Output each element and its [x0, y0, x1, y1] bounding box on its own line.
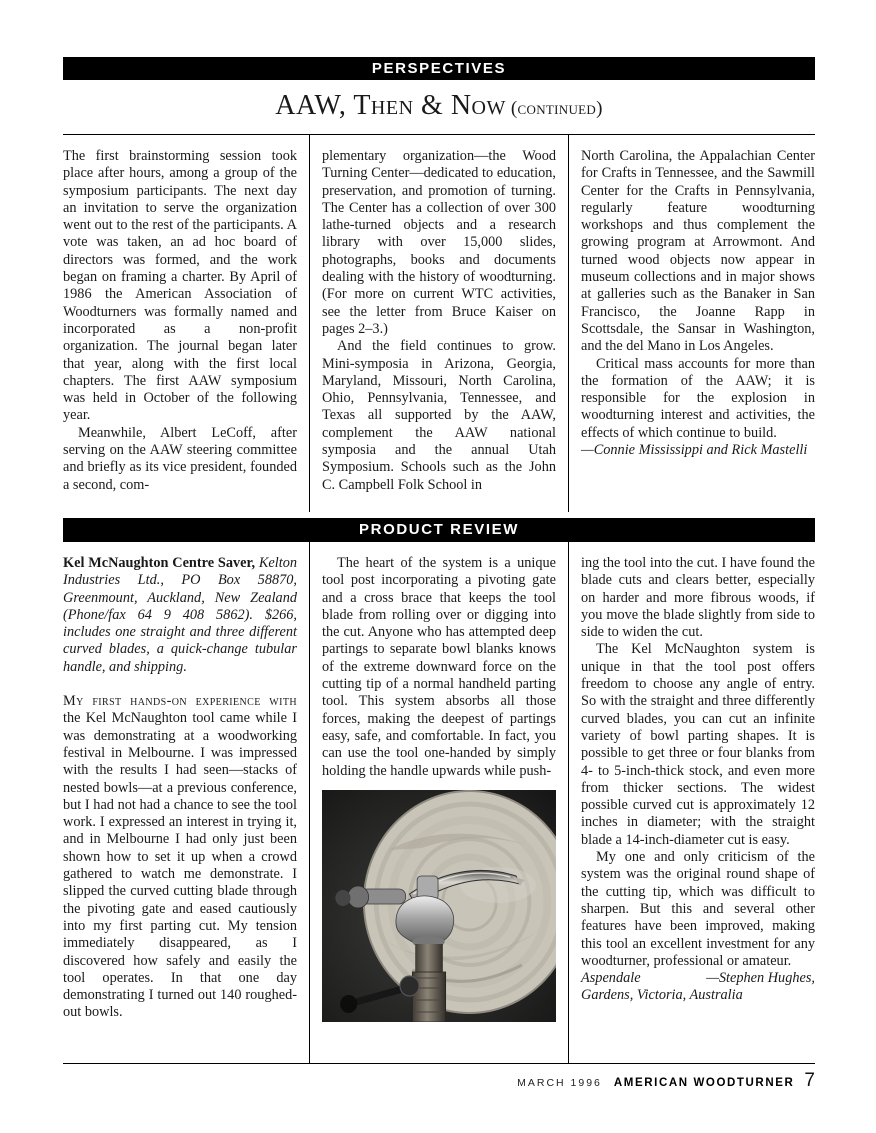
review-smallcaps-lead: My first hands-on experience with — [63, 693, 297, 709]
footer-journal-name: AMERICAN WOODTURNER — [614, 1077, 795, 1089]
perspectives-section-bar: PERSPECTIVES — [63, 57, 815, 80]
review-col3-body: My one and only criticism of the system … — [581, 849, 815, 969]
perspectives-columns: The first brainstorming session took pla… — [63, 134, 815, 512]
footer-issue-date: MARCH 1996 — [517, 1077, 602, 1089]
review-signature-name: —Stephen Hughes, — [691, 970, 815, 987]
review-column-1: Kel McNaughton Centre Saver, Kelton Indu… — [63, 542, 309, 1063]
perspectives-column-1: The first brainstorming session took pla… — [63, 135, 309, 512]
article-title: AAW, Then & Now (continued) — [63, 87, 815, 125]
page-footer: MARCH 1996 AMERICAN WOODTURNER 7 — [63, 1063, 815, 1092]
lathe-bowl-photo — [322, 790, 556, 1022]
product-review-section-bar: PRODUCT REVIEW — [63, 518, 815, 541]
perspectives-section-label: PERSPECTIVES — [372, 60, 506, 77]
perspectives-col1-paragraph-2: Meanwhile, Albert LeCoff, after serving … — [63, 425, 297, 494]
review-col1-paragraph: My first hands-on experience with the Ke… — [63, 693, 297, 1022]
perspectives-col2-paragraph-1: plementary organization—the Wood Turning… — [322, 148, 556, 338]
product-review-section-label: PRODUCT REVIEW — [359, 521, 519, 538]
review-column-2: The heart of the system is a unique tool… — [309, 542, 568, 1063]
review-col3-paragraph-3: My one and only criticism of the system … — [581, 849, 815, 970]
review-product-name: Kel McNaughton Centre Saver, — [63, 555, 255, 571]
product-photo — [322, 790, 556, 1022]
review-product-info-paragraph: Kel McNaughton Centre Saver, Kelton Indu… — [63, 555, 297, 676]
review-col1-body: the Kel McNaughton tool came while I was… — [63, 710, 297, 1020]
perspectives-column-3: North Carolina, the Appalachian Center f… — [568, 135, 815, 512]
article-title-continued: (continued) — [506, 98, 603, 119]
perspectives-col3-paragraph-1: North Carolina, the Appalachian Center f… — [581, 148, 815, 356]
perspectives-col2-paragraph-2: And the field continues to grow. Mini-sy… — [322, 338, 556, 494]
review-col3-paragraph-2: The Kel McNaughton system is unique in t… — [581, 641, 815, 849]
perspectives-col3-paragraph-2: Critical mass accounts for more than the… — [581, 356, 815, 442]
perspectives-byline: —Connie Mississippi and Rick Mastelli — [581, 442, 815, 459]
review-col2-paragraph: The heart of the system is a unique tool… — [322, 555, 556, 780]
magazine-page: PERSPECTIVES AAW, Then & Now (continued)… — [0, 0, 876, 1133]
article-title-main: AAW, Then & Now — [275, 90, 506, 121]
perspectives-column-2: plementary organization—the Wood Turning… — [309, 135, 568, 512]
review-col3-paragraph-1: ing the tool into the cut. I have found … — [581, 555, 815, 641]
review-product-details: Kelton Industries Ltd., PO Box 58870, Gr… — [63, 555, 297, 675]
review-column-3: ing the tool into the cut. I have found … — [568, 542, 815, 1063]
article-title-continued-text: (continued) — [511, 98, 603, 119]
perspectives-col1-paragraph-1: The first brainstorming session took pla… — [63, 148, 297, 425]
footer-page-number: 7 — [804, 1070, 815, 1092]
product-review-columns: Kel McNaughton Centre Saver, Kelton Indu… — [63, 541, 815, 1063]
